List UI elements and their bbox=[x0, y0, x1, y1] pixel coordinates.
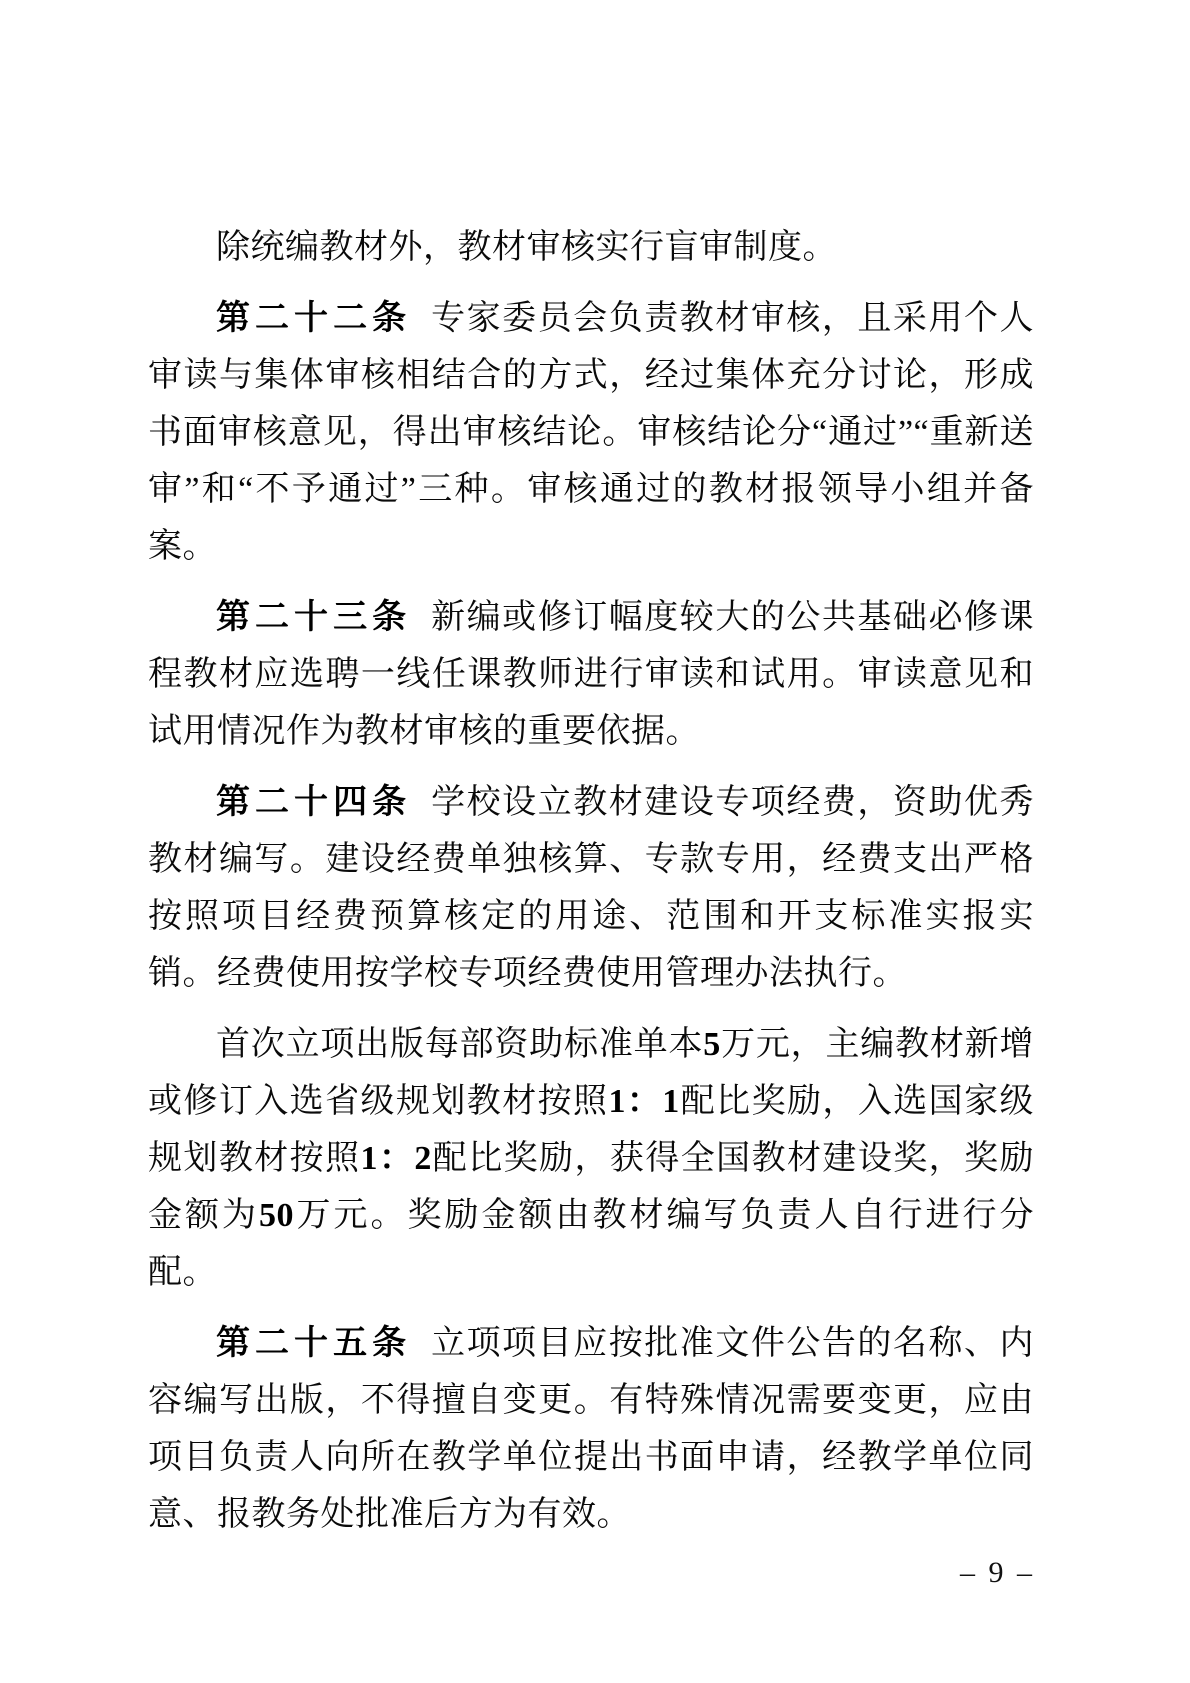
article-number: 第二十三条 bbox=[216, 598, 411, 636]
article-22: 第二十二条专家委员会负责教材审核，且采用个人审读与集体审核相结合的方式，经过集体… bbox=[148, 290, 1034, 575]
body-text: 首次立项出版每部资助标准单本 bbox=[216, 1026, 703, 1063]
body-text: 除统编教材外，教材审核实行盲审制度。 bbox=[216, 229, 837, 266]
article-number: 第二十二条 bbox=[216, 299, 411, 337]
article-25: 第二十五条立项项目应按批准文件公告的名称、内容编写出版，不得擅自变更。有特殊情况… bbox=[148, 1315, 1034, 1543]
article-24: 第二十四条学校设立教材建设专项经费，资助优秀教材编写。建设经费单独核算、专款专用… bbox=[148, 774, 1034, 1002]
document-body: 除统编教材外，教材审核实行盲审制度。第二十二条专家委员会负责教材审核，且采用个人… bbox=[148, 219, 1034, 1557]
body-text-bold: 1：1 bbox=[608, 1083, 679, 1120]
page-number: – 9 – bbox=[960, 1556, 1035, 1590]
para-blind-review: 除统编教材外，教材审核实行盲审制度。 bbox=[148, 219, 1034, 276]
document-page: 除统编教材外，教材审核实行盲审制度。第二十二条专家委员会负责教材审核，且采用个人… bbox=[0, 0, 1190, 1683]
body-text-bold: 50 bbox=[259, 1197, 294, 1234]
article-number: 第二十四条 bbox=[216, 783, 411, 821]
article-23: 第二十三条新编或修订幅度较大的公共基础必修课程教材应选聘一线任课教师进行审读和试… bbox=[148, 589, 1034, 760]
para-funding-standard: 首次立项出版每部资助标准单本5万元，主编教材新增或修订入选省级规划教材按照1：1… bbox=[148, 1016, 1034, 1301]
article-number: 第二十五条 bbox=[216, 1324, 411, 1362]
body-text: 专家委员会负责教材审核，且采用个人审读与集体审核相结合的方式，经过集体充分讨论，… bbox=[148, 300, 1034, 565]
body-text-bold: 1：2 bbox=[361, 1140, 432, 1177]
body-text-bold: 5 bbox=[703, 1026, 721, 1063]
